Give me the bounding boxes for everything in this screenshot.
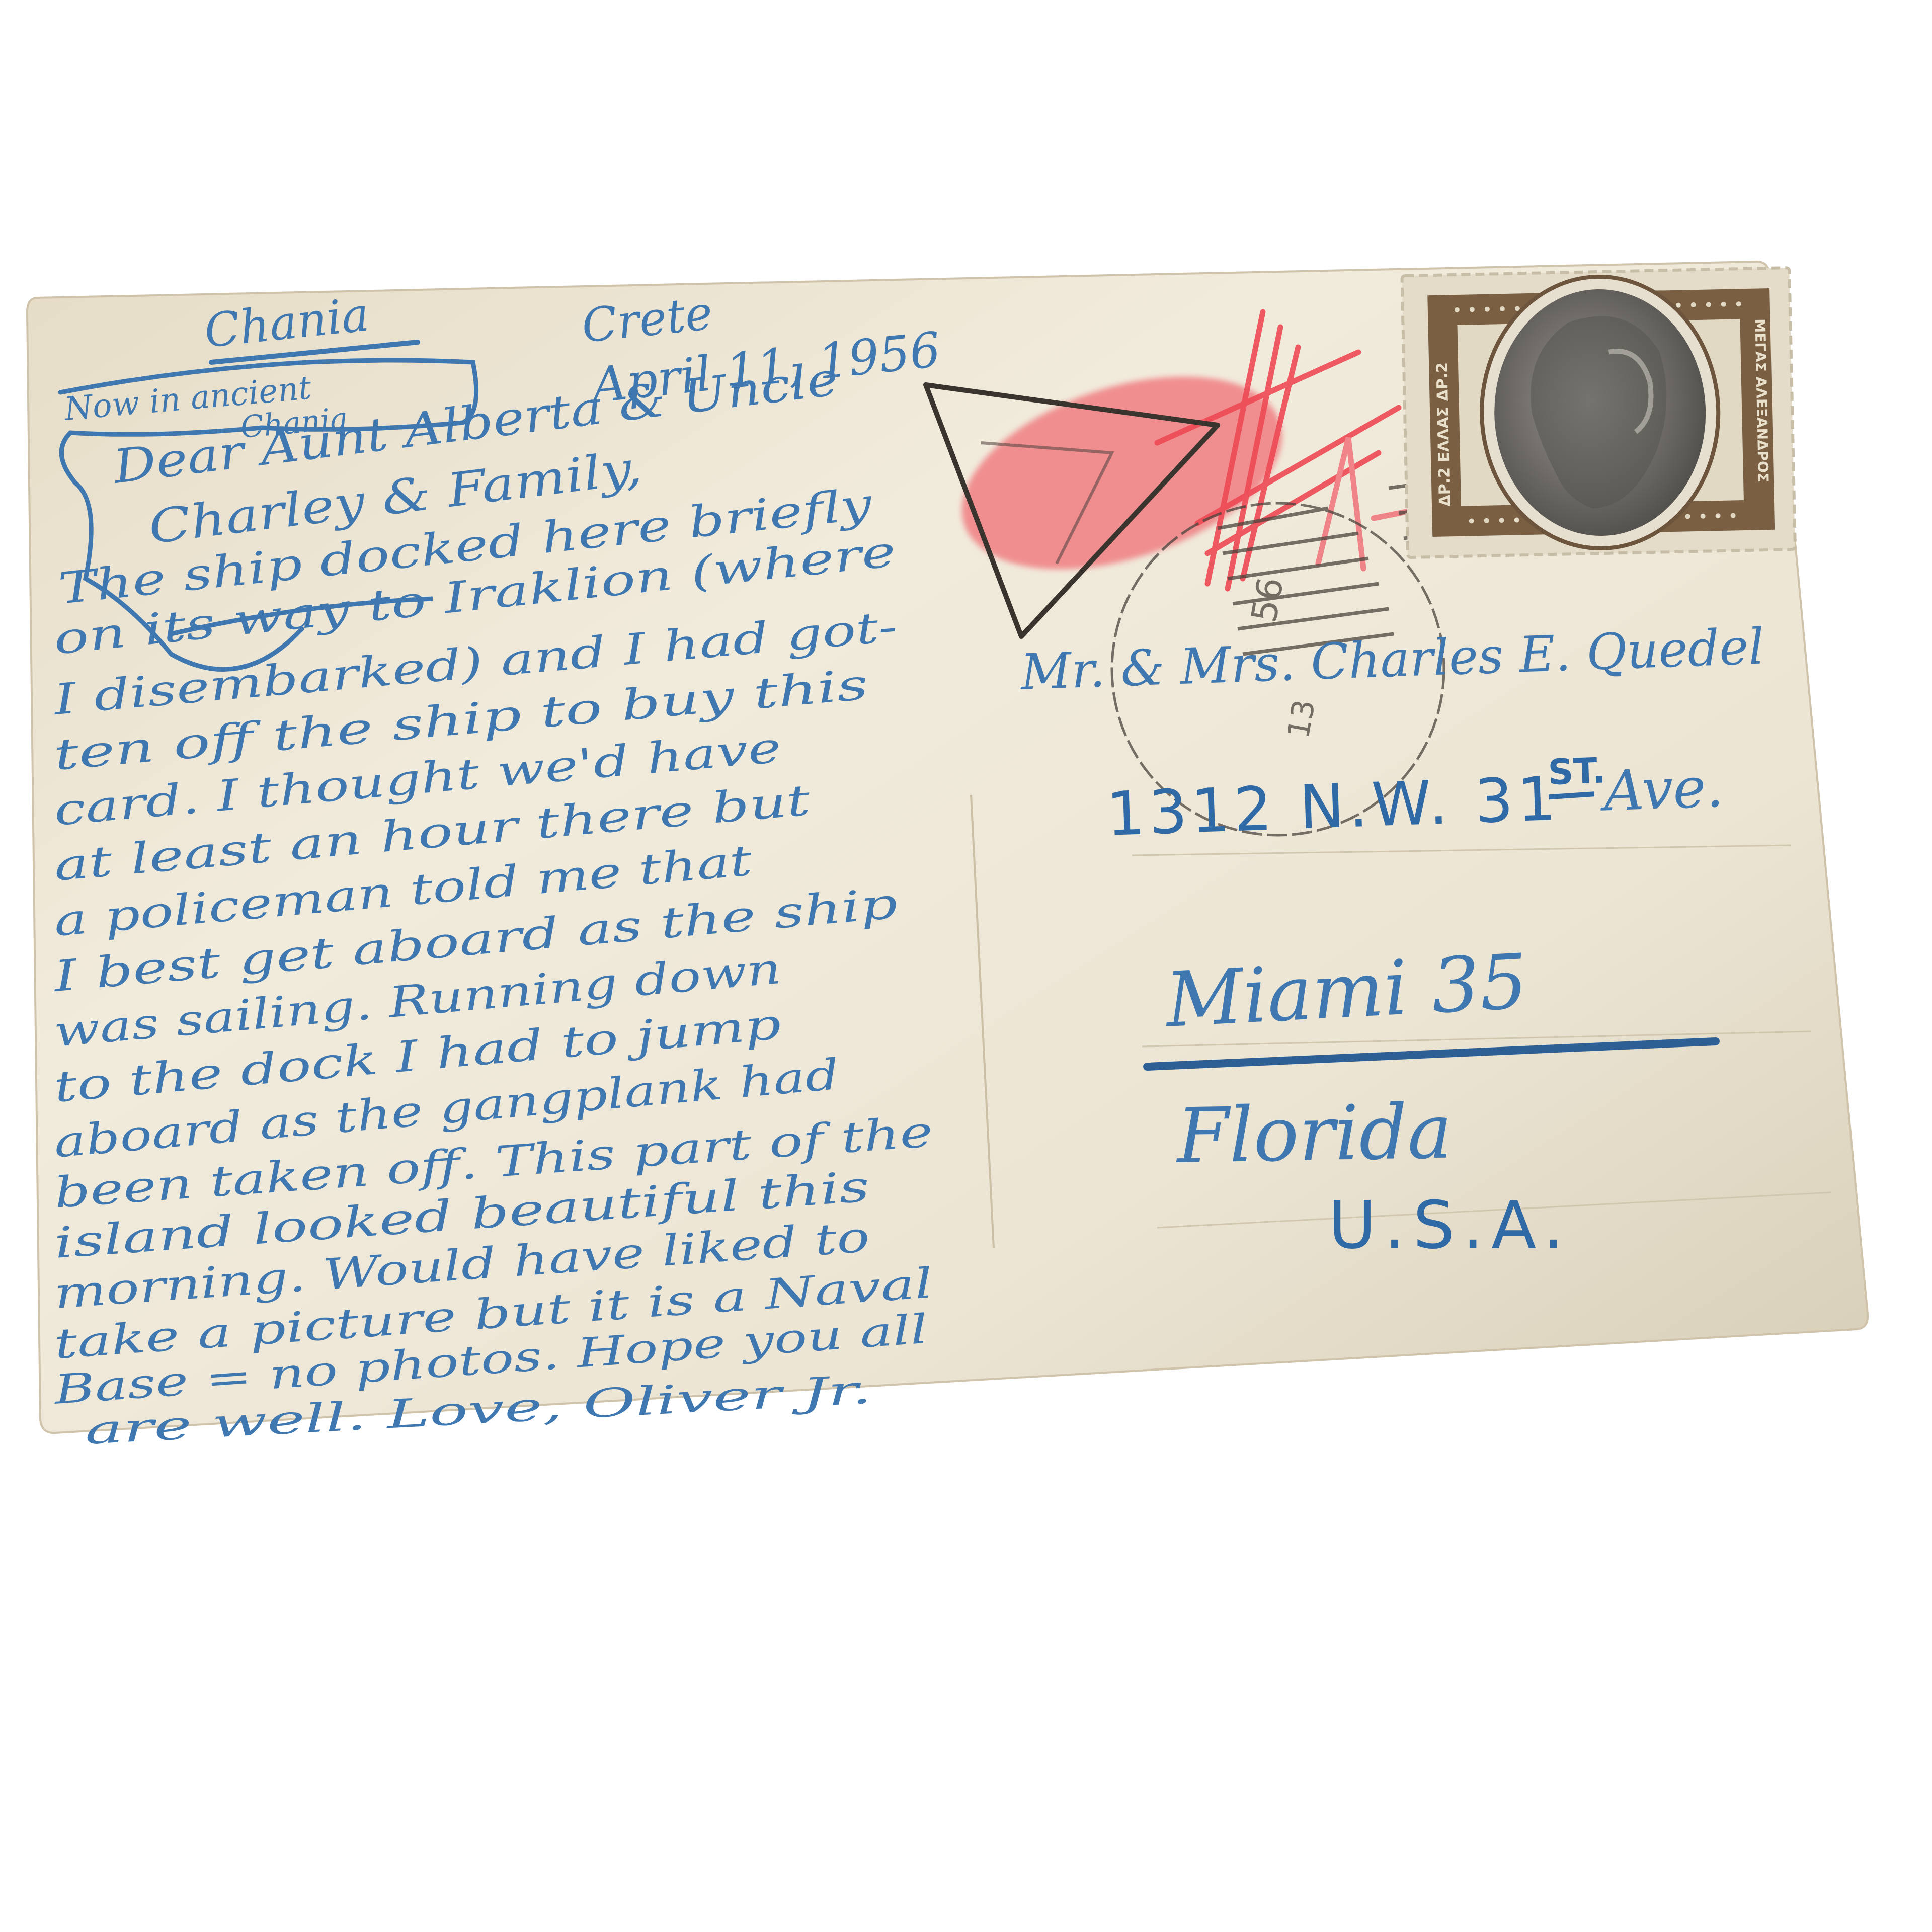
postage-stamp: ΔΡ.2 ΕΛΛΑΣ ΔΡ.2 ΜΕΓΑΣ ΑΛΕΞΑΝΔΡΟΣ [1402, 268, 1795, 557]
svg-text:ΔΡ.2 ΕΛΛΑΣ ΔΡ.2: ΔΡ.2 ΕΛΛΑΣ ΔΡ.2 [1433, 362, 1454, 507]
address-state: Florida [1175, 1088, 1453, 1180]
svg-text:13: 13 [1281, 697, 1322, 741]
svg-text:ΜΕΓΑΣ ΑΛΕΞΑΝΔΡΟΣ: ΜΕΓΑΣ ΑΛΕΞΑΝΔΡΟΣ [1751, 318, 1772, 482]
address-street-type: Ave. [1598, 755, 1725, 824]
postcard-photo: 56 13 ΔΡ.2 ΕΛΛΑΣ ΔΡ.2 ΜΕΓΑΣ ΑΛΕΞΑΝΔΡΟΣ C… [0, 0, 1932, 1932]
svg-text:56: 56 [1243, 574, 1292, 625]
address-street-suffix: ST. [1547, 750, 1606, 793]
address-country: U.S.A. [1328, 1187, 1572, 1263]
